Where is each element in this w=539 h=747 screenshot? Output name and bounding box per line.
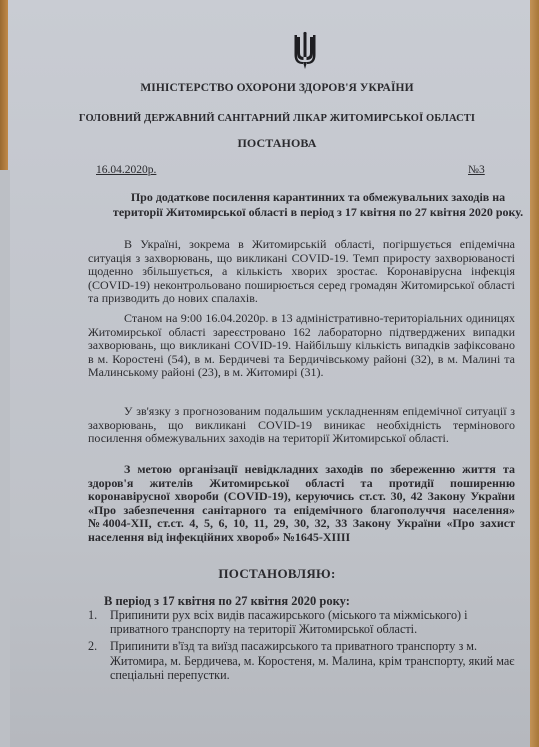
date-suffix: .: [154, 164, 157, 176]
paragraph-statistics: Станом на 9:00 16.04.2020р. в 13 адмініс…: [88, 312, 515, 380]
item-text: Припинити рух всіх видів пасажирського (…: [110, 608, 468, 636]
resolution-list: 1. Припинити рух всіх видів пасажирськог…: [88, 608, 518, 685]
paragraph-text: У зв'язку з прогнозованим подальшим ускл…: [88, 405, 515, 446]
wooden-surface-left: [0, 0, 8, 170]
paragraph-legal-basis: З метою організації невідкладних заходів…: [88, 463, 515, 545]
document-subject: Про додаткове посилення карантинних та о…: [108, 190, 528, 219]
ministry-header: МІНІСТЕРСТВО ОХОРОНИ ЗДОРОВ'Я УКРАЇНИ: [16, 82, 538, 94]
item-number: 1.: [88, 608, 97, 622]
chief-doctor-header: ГОЛОВНИЙ ДЕРЖАВНИЙ САНІТАРНИЙ ЛІКАР ЖИТО…: [16, 113, 538, 124]
document-type-title: ПОСТАНОВА: [16, 136, 538, 151]
period-heading: В період з 17 квітня по 27 квітня 2020 р…: [104, 594, 350, 609]
resolve-heading: ПОСТАНОВЛЯЮ:: [16, 566, 538, 582]
resolution-item: 2. Припинити в'їзд та виїзд пасажирськог…: [88, 639, 518, 682]
paragraph-situation: В Україні, зокрема в Житомирській област…: [88, 238, 515, 306]
trident-icon: [293, 31, 317, 71]
item-text: Припинити в'їзд та виїзд пасажирського т…: [110, 639, 515, 681]
paragraph-text: З метою організації невідкладних заходів…: [88, 463, 515, 545]
document-number: №3: [468, 164, 485, 176]
document-date: 16.04.2020р.: [96, 164, 156, 176]
document-paper: МІНІСТЕРСТВО ОХОРОНИ ЗДОРОВ'Я УКРАЇНИ ГО…: [8, 0, 530, 747]
item-number: 2.: [88, 639, 97, 653]
paragraph-necessity: У зв'язку з прогнозованим подальшим ускл…: [88, 405, 515, 446]
date-value: 16.04.2020р: [96, 164, 154, 176]
paragraph-text: Станом на 9:00 16.04.2020р. в 13 адмініс…: [88, 312, 515, 380]
resolution-item: 1. Припинити рух всіх видів пасажирськог…: [88, 608, 518, 636]
paragraph-text: В Україні, зокрема в Житомирській област…: [88, 238, 515, 306]
